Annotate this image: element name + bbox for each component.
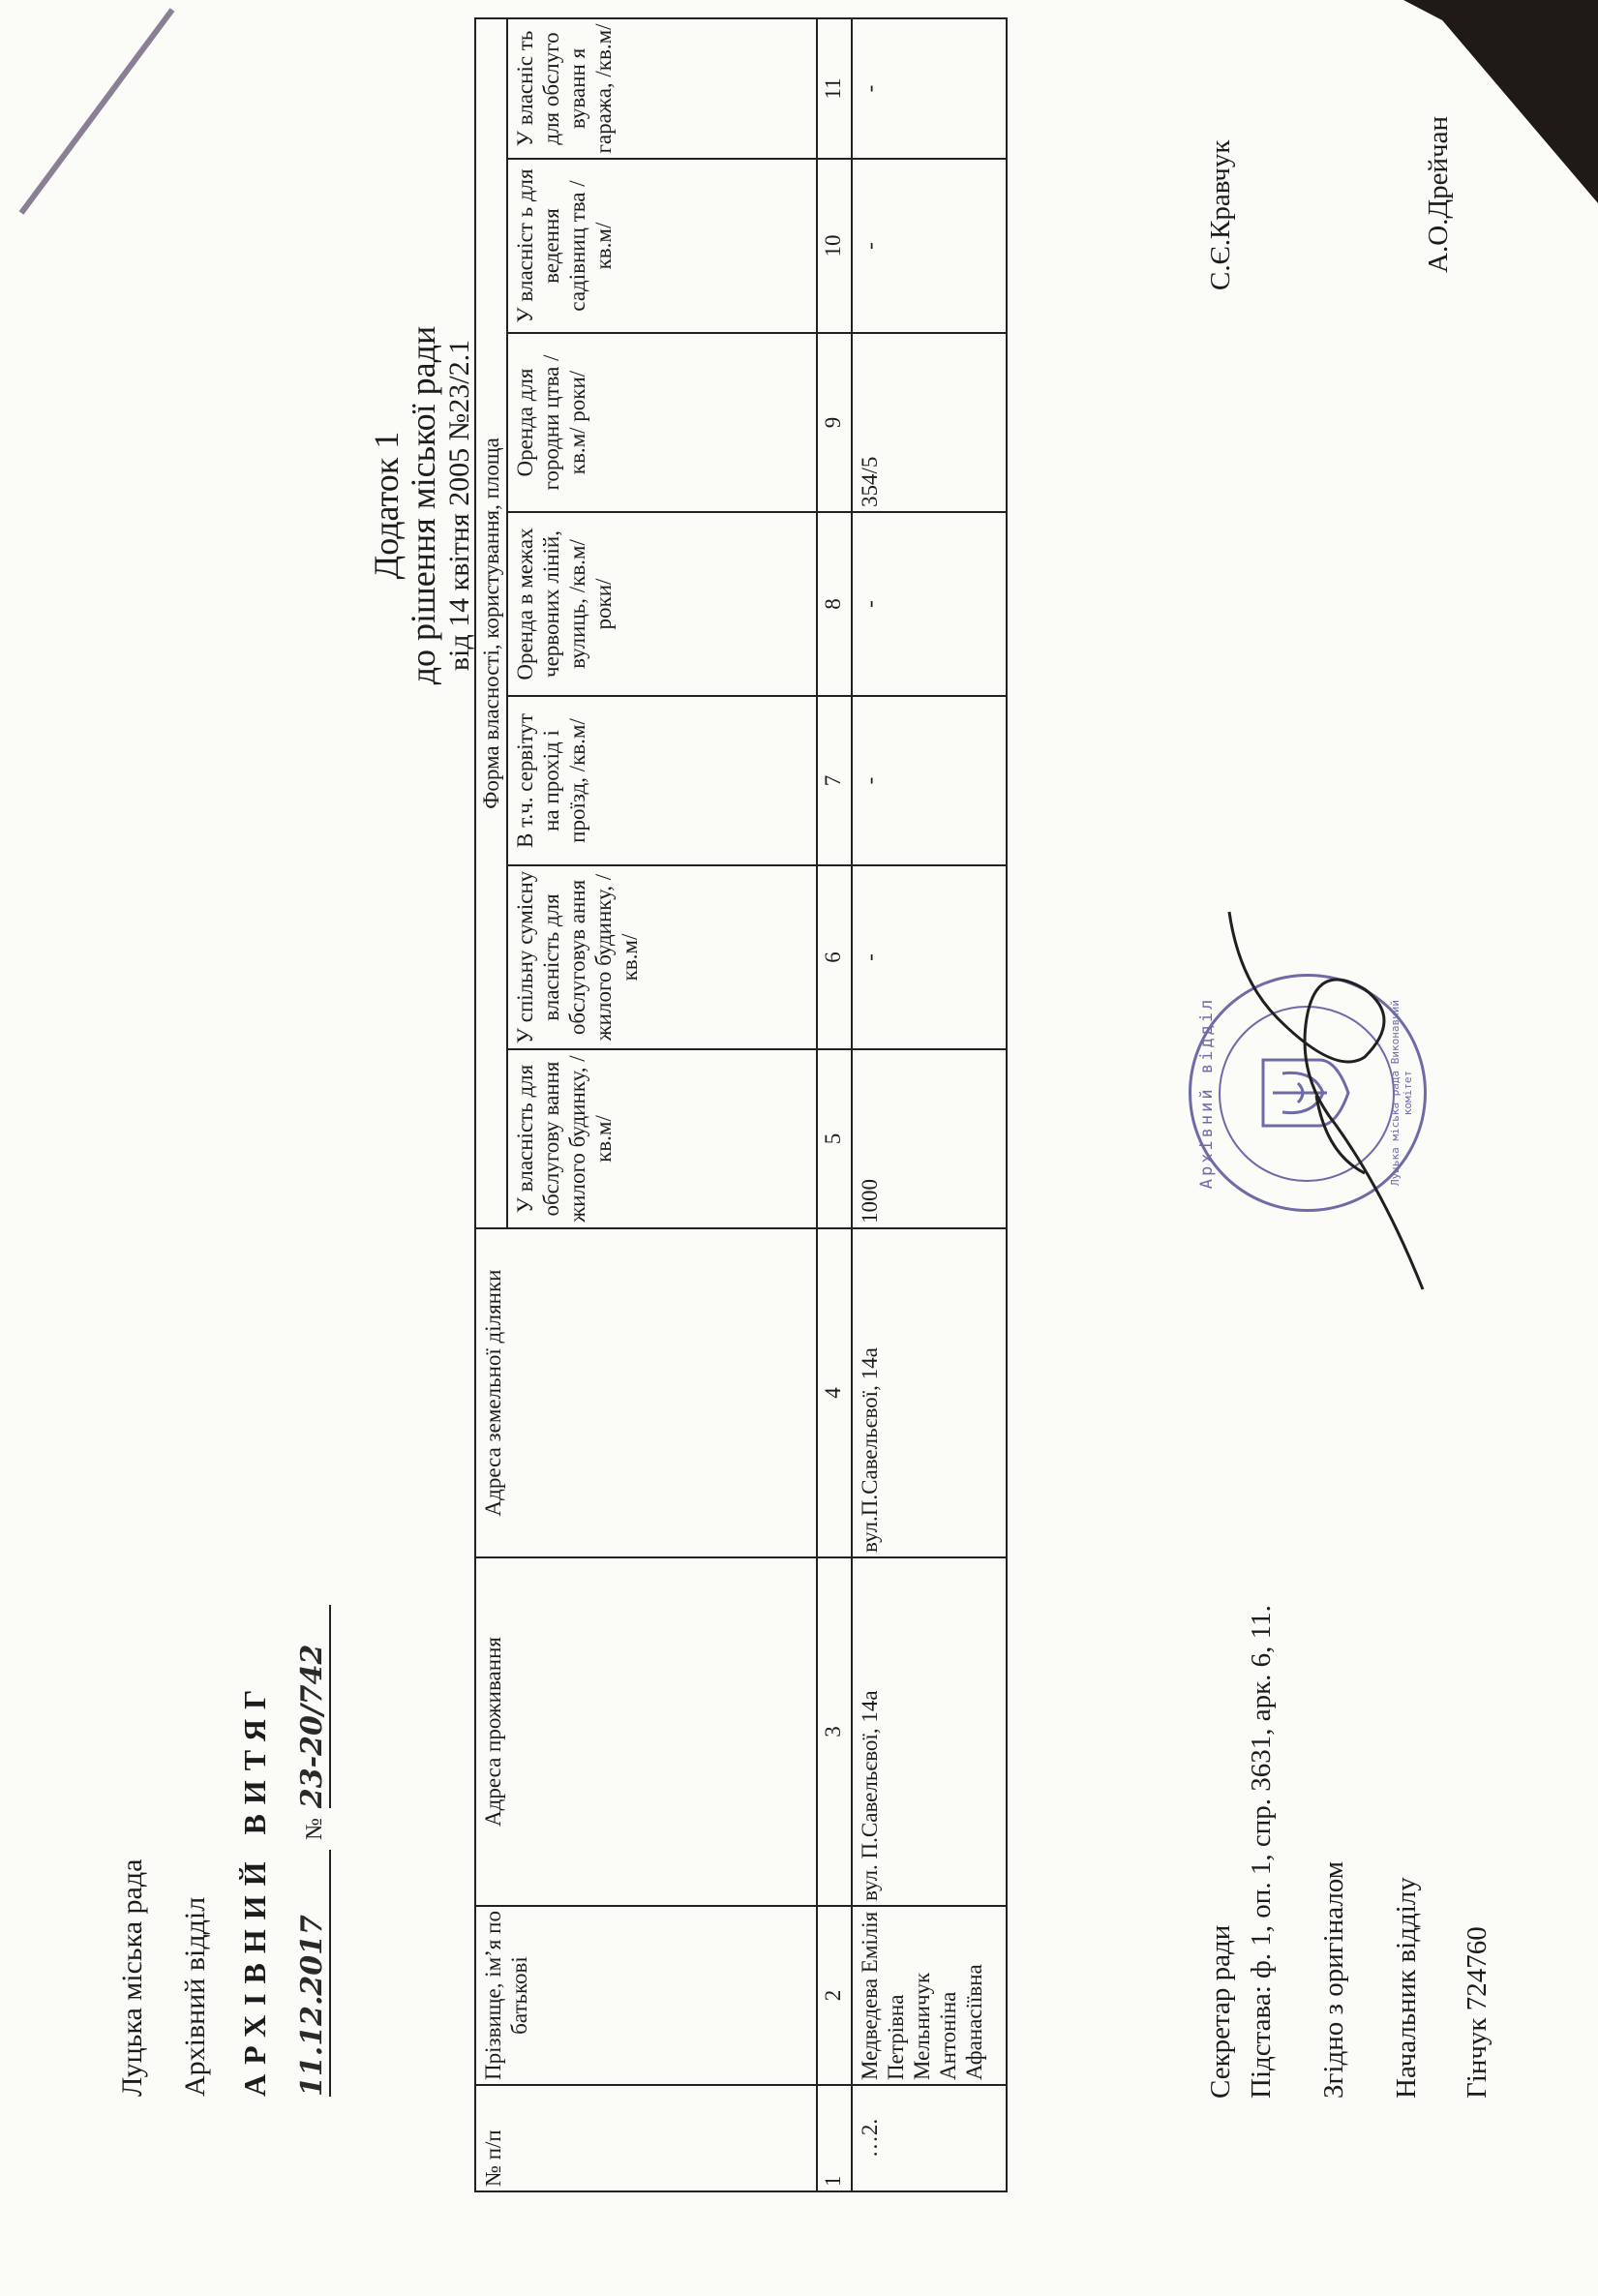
col-group-header: Форма власності, користування, площа (475, 18, 507, 1228)
org-name: Луцька міська рада (116, 1859, 149, 2097)
executor-info: Гінчук 724760 (1462, 1926, 1493, 2099)
appendix-date: від 14 квітня 2005 №23/2.1 (441, 70, 478, 941)
cell-num: …2. (852, 2085, 1007, 2191)
cell-lease-red-lines: - (852, 512, 1007, 696)
col-header-lease-garden: Оренда для городни цтва /кв.м/ роки/ (507, 333, 817, 512)
stamp-outer-text: Архівний відділ (1197, 977, 1217, 1209)
cell-servitude: - (852, 696, 1007, 865)
table-row: …2. Медведева Емілія Петрівна Мельничук … (852, 18, 1007, 2191)
cell-name: Медведева Емілія Петрівна Мельничук Анто… (852, 1906, 1007, 2085)
col-num: 8 (817, 512, 852, 696)
secretary-label: Секретар ради (1205, 1925, 1237, 2099)
scan-fold-line-icon (0, 0, 194, 232)
archive-basis: Підстава: ф. 1, оп. 1, спр. 3631, арк. 6… (1246, 1605, 1278, 2099)
col-num: 7 (817, 696, 852, 865)
cell-residence: вул. П.Савельєвої, 14а (852, 1557, 1007, 1906)
col-header-residence: Адреса проживання (475, 1557, 817, 1906)
col-header-servitude: В т.ч. сервітут на прохід і проїзд, /кв.… (507, 696, 817, 865)
appendix-decision: до рішення міської ради (405, 70, 441, 941)
col-num: 2 (817, 1906, 852, 2085)
col-num: 4 (817, 1228, 852, 1557)
cell-own-garage: - (852, 18, 1007, 159)
appendix-title: Додаток 1 (368, 70, 405, 941)
col-num: 1 (817, 2085, 852, 2191)
col-header-lease-red-lines: Оренда в межах червоних ліній, вулиць, /… (507, 512, 817, 696)
col-header-own-garage: У власніс ть для обслуго вуванн я гаража… (507, 18, 817, 159)
certified-label: Згідно з оригіналом (1318, 1861, 1350, 2099)
col-num: 9 (817, 333, 852, 512)
doc-type-title: АРХІВНИЙ ВИТЯГ (237, 1680, 273, 2097)
head-name: А.О.Дрейчан (1423, 116, 1455, 273)
col-header-num: № п/п (475, 2085, 817, 2191)
appendix-heading: Додаток 1 до рішення міської ради від 14… (368, 70, 478, 941)
col-num: 6 (817, 865, 852, 1049)
secretary-name: С.Є.Кравчук (1205, 140, 1237, 290)
department-name: Архівний відділ (179, 1897, 212, 2097)
cell-joint-house: - (852, 865, 1007, 1049)
document-page: Луцька міська рада Архівний відділ АРХІВ… (0, 0, 1598, 2296)
land-plots-table: № п/п Прізвище, ім’я по батькові Адреса … (474, 17, 1008, 2192)
cell-own-house: 1000 (852, 1049, 1007, 1228)
cell-lease-garden: 354/5 (852, 333, 1007, 512)
number-label: № (302, 1818, 327, 1840)
col-header-plot-address: Адреса земельної ділянки (475, 1228, 817, 1557)
col-num: 5 (817, 1049, 852, 1228)
col-num: 11 (817, 18, 852, 159)
col-header-name: Прізвище, ім’я по батькові (475, 1906, 817, 2085)
col-header-own-house: У власність для обслугову вання жилого б… (507, 1049, 817, 1228)
col-header-own-gardening: У власніст ь для ведення садівниц тва /к… (507, 159, 817, 333)
doc-number-line: 11.12.2017 № 23-20/742 (295, 1605, 331, 2097)
head-label: Начальник відділу (1391, 1877, 1423, 2099)
col-num: 3 (817, 1557, 852, 1906)
handwritten-date: 11.12.2017 (295, 1850, 331, 2097)
cell-plot-address: вул.П.Савельєвої, 14а (852, 1228, 1007, 1557)
table-header-row: № п/п Прізвище, ім’я по батькові Адреса … (475, 18, 507, 2191)
handwritten-number: 23-20/742 (295, 1605, 331, 1808)
column-numbers-row: 1 2 3 4 5 6 7 8 9 10 11 (817, 18, 852, 2191)
signature-icon (1220, 902, 1442, 1309)
col-num: 10 (817, 159, 852, 333)
col-header-joint-house: У спільну сумісну власність для обслугов… (507, 865, 817, 1049)
cell-own-gardening: - (852, 159, 1007, 333)
